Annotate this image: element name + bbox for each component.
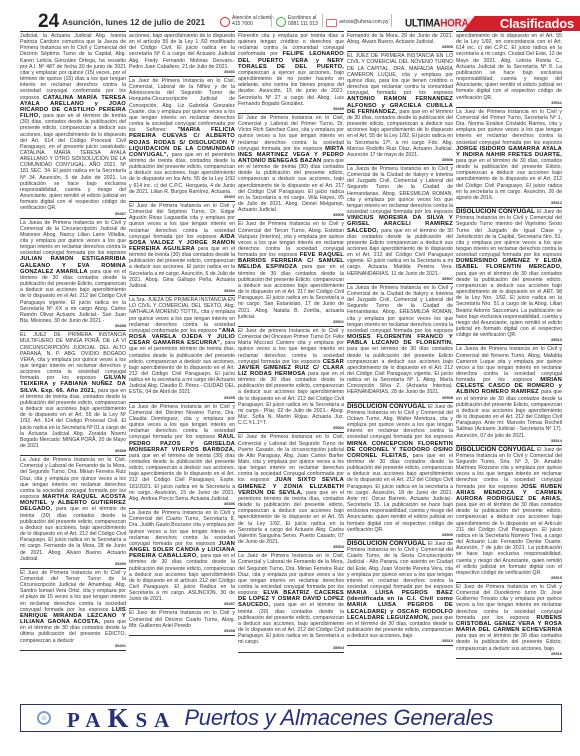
paksa-advertisement[interactable]: PAKSA Puertos y Almacenes Generales	[20, 704, 562, 732]
notice-code: 35503	[238, 545, 344, 549]
legal-notice: acciones, bajo apercibimiento de lo disp…	[129, 32, 235, 77]
paksa-tagline: Puertos y Almacenes Generales	[184, 705, 493, 731]
notice-code: 35492	[129, 70, 235, 74]
contact-value: 0981 111 013	[288, 21, 318, 27]
column-5: apercibimiento de lo dispuesto en el Art…	[456, 31, 562, 699]
notice-code: 35516	[456, 652, 562, 656]
notice-title: DISOLUCION CONYUGAL	[456, 208, 537, 215]
divider	[391, 14, 392, 27]
notice-text: La Jueza de Primera Instancia en lo Civi…	[20, 220, 126, 257]
notice-text: La Juez de Primera Instancia en lo Civil…	[456, 109, 562, 146]
notice-text: para que en el término de treinta (30) d…	[129, 246, 235, 289]
legal-notice: DISOLUCION CONYUGAL El Juez de Primera I…	[347, 540, 453, 647]
divider	[322, 14, 323, 27]
notice-text: para que en el perentorio término de tre…	[129, 340, 235, 395]
notice-text: para que en el término de 30 días contad…	[456, 389, 562, 438]
legal-notice: DISOLUCION CONYUGAL El Juez de Primera I…	[456, 208, 562, 345]
notice-code: 35499	[238, 107, 344, 111]
legal-notice: Florentín cita y emplaza por treinta día…	[238, 32, 344, 114]
legal-notice: La Jueza de Primera Instancia en lo Civi…	[129, 509, 235, 609]
notice-text: La Juez de Primera Instancia en lo Civil…	[129, 78, 235, 133]
notice-code: 35505	[347, 45, 453, 49]
notice-text: para que en el perentorio término de tre…	[238, 490, 344, 545]
legal-notice: El Juez de Primera Instancia en lo Civil…	[129, 609, 235, 635]
notice-text: para que en el término de treinta (30) d…	[20, 506, 126, 561]
legal-notice: La Juez de Primera Instancia en lo Civil…	[20, 456, 126, 569]
notice-text: para que en el término de 30 días contad…	[456, 502, 562, 576]
notice-text: para que en el término de 30 días contad…	[238, 371, 344, 426]
notice-text: Fernando de la Mora, 29 de Junio de 2021…	[347, 33, 453, 45]
notice-text: para que en el término de 30 días contad…	[129, 553, 235, 602]
section-title: Clasificados	[463, 16, 580, 31]
notice-code: 35497	[129, 602, 235, 606]
notice-text: El Juez de Primera Instancia en lo Civil…	[347, 541, 453, 590]
notice-text: para que en el término de 30 días contad…	[456, 633, 562, 651]
notice-text: para que en el término de treinta (30) d…	[238, 158, 344, 213]
notice-code: 35511	[456, 101, 562, 105]
notice-text: comparezcan a ejercer sus acciones, bajo…	[238, 70, 344, 107]
legal-notice: EL JUEZ DE PRIMERA INSTANCIA EN LO CIVIL…	[347, 52, 453, 165]
notice-text: para que en el término de treinta (30) d…	[238, 602, 344, 645]
contact-phone[interactable]: Atención al cliente:415 7000	[220, 16, 274, 27]
column-1: Judicial, la Actuaria Judicial Abg. Ivan…	[20, 31, 126, 699]
column-2: acciones, bajo apercibimiento de lo disp…	[129, 31, 235, 699]
legal-notice: DISOLUCION CONYUGAL El Juez de Primera I…	[347, 403, 453, 540]
legal-notice: La Juez de Primera Instancia en lo Civil…	[129, 403, 235, 510]
notice-parties: MOISES FLORENTIN FRANCO Y PABLA LIZCANO …	[347, 334, 453, 346]
notice-code: 35487	[20, 212, 126, 216]
legal-notice: La Jueza de Primera Instancia en lo Civi…	[347, 284, 453, 403]
page-date: Asunción, lunes 12 de julio de 2021	[62, 17, 205, 27]
legal-notice: EL JUEZ DE PRIMERA INSTANCIA MULTIFUERO …	[20, 331, 126, 456]
page-number: 24	[38, 11, 59, 33]
legal-notice: La Jueza de Primera Instancia en lo Civi…	[347, 165, 453, 284]
notice-text: La Jueza de Primera Instancia en lo Civi…	[347, 166, 453, 215]
notice-parties: JORGE ISIDORO GAMARRA AYALA Y INDIRA NAH…	[456, 146, 562, 158]
legal-notice: El Juez de Primera Instancia en lo Civil…	[456, 583, 562, 659]
notice-text: para que en el término de treinta (30) d…	[20, 113, 126, 211]
ultimahora-logo: ULTIMAHORA	[405, 17, 468, 29]
notice-title: DISOLUCION CONYUGAL	[347, 540, 428, 547]
notice-code: 35488	[20, 324, 126, 328]
legal-notice: El Juez de Primera Instancia en lo Civil…	[238, 220, 344, 327]
contact-email[interactable]: avisos@uhora.com.py	[326, 19, 389, 27]
notice-code: 35512	[456, 201, 562, 205]
paksa-logo: PAKSA	[67, 703, 176, 734]
notice-code: 35515	[456, 576, 562, 580]
notice-text: para que en el término de treinta días, …	[20, 388, 126, 449]
notice-text: para que en el término de 30 días contad…	[456, 271, 562, 339]
classifieds-columns: Judicial, la Actuaria Judicial Abg. Ivan…	[20, 31, 562, 699]
legal-notice: El Juez de Primera Instancia en lo Civil…	[238, 433, 344, 552]
notice-text: para que en el término de 30 días contad…	[20, 269, 126, 324]
legal-notice: El Juez de Primera Instancia en lo Civil…	[20, 569, 126, 651]
notice-code: 35504	[238, 646, 344, 650]
notice-text: EL JUEZ DE PRIMERA INSTANCIA EN LO CIVIL…	[347, 53, 453, 96]
notice-text: El Juez de Primera Instancia en lo Civil…	[456, 209, 562, 258]
notice-code: 35513	[456, 338, 562, 342]
notice-code: 35502	[238, 426, 344, 430]
page-header: 24 Asunción, lunes 12 de julio de 2021 A…	[0, 0, 580, 30]
whatsapp-icon	[276, 17, 286, 27]
notice-text: La Jueza de Primera Instancia en lo Civi…	[347, 285, 453, 334]
notice-text: acciones, bajo apercibimiento de lo disp…	[129, 33, 235, 70]
legal-notice: El Juez de primera Instancia en lo Civil…	[238, 327, 344, 434]
notice-code: 35498	[129, 629, 235, 633]
column-4: Fernando de la Mora, 29 de Junio de 2021…	[347, 31, 453, 699]
notice-text: para que en el perentorio término de tre…	[129, 152, 235, 195]
notice-code: 35490	[20, 562, 126, 566]
notice-code: 35495	[129, 396, 235, 400]
notice-text: apercibimiento de lo dispuesto en el Art…	[456, 33, 562, 101]
notice-code: 35507	[347, 277, 453, 281]
contact-whatsapp[interactable]: Escribinos al0981 111 013	[276, 16, 318, 27]
notice-text: El Juez de Primera Instancia en lo Civil…	[347, 404, 453, 441]
notice-text: para que en el término de 30 días contad…	[347, 228, 453, 277]
notice-code: 35494	[129, 289, 235, 293]
legal-notice: La Sra. JUEZA DE PRIMERA INSTANCIA EN LO…	[129, 296, 235, 403]
legal-notice: La Jueza de Primera Instancia en lo Civi…	[456, 345, 562, 445]
legal-notice: La Juez de Primera Instancia en lo Civil…	[456, 108, 562, 208]
notice-code: 35489	[20, 449, 126, 453]
legal-notice: El Juez de Primera Instancia en lo Civil…	[238, 114, 344, 221]
legal-notice: La Juez de Primera Instancia en lo Civil…	[129, 77, 235, 202]
notice-code: 35496	[129, 502, 235, 506]
notice-text: Judicial, la Actuaria Judicial Abg. Ivan…	[20, 33, 126, 101]
notice-title: DISOLUCION CONYUGAL	[456, 446, 537, 453]
notice-code: 35491	[20, 644, 126, 648]
notice-code: 35514	[456, 439, 562, 443]
notice-text: EL JUEZ DE PRIMERA INSTANCIA MULTIFUERO …	[20, 332, 126, 381]
notice-text: El Juez de Primera Instancia en lo Civil…	[238, 434, 344, 483]
notice-text: El Juez de Primera Instancia en lo Civil…	[20, 570, 126, 613]
notice-text: para que en el término de 30 días contad…	[347, 453, 453, 533]
notice-code: 35501	[238, 320, 344, 324]
notice-parties: DUMERSINDO GIMENEZ Y ELIDA ISABEL FLOREN…	[456, 258, 562, 270]
notice-text: para que en término de 30 días contados …	[347, 346, 453, 395]
notice-code: 35509	[347, 533, 453, 537]
notice-title: DISOLUCION CONYUGAL	[347, 403, 428, 410]
divider	[271, 14, 272, 27]
legal-notice: La Jueza de Primera Instancia en lo Civi…	[20, 219, 126, 332]
contact-value: 415 7000	[232, 21, 253, 27]
legal-notice: El Juez de Primera Instancia en lo Civil…	[129, 202, 235, 296]
notice-text: para que en el término de 30 días contad…	[238, 264, 344, 319]
notice-text: para que en el término de 30 días, conta…	[456, 158, 562, 201]
notice-code: 35493	[129, 195, 235, 199]
contact-value: avisos@uhora.com.py	[339, 20, 389, 26]
paksa-seal-icon	[37, 711, 51, 725]
notice-code: 35508	[347, 396, 453, 400]
legal-notice: La Juez de Primera Instancia en lo Civil…	[238, 552, 344, 652]
notice-text: para que en el término de 30 días, conta…	[347, 109, 453, 158]
notice-code: 35510	[347, 639, 453, 643]
legal-notice: Judicial, la Actuaria Judicial Abg. Ivan…	[20, 32, 126, 219]
notice-code: 35506	[347, 158, 453, 162]
phone-icon	[220, 17, 230, 27]
notice-text: para que en el término de treinta (30) d…	[129, 453, 235, 502]
legal-notice: apercibimiento de lo dispuesto en el Art…	[456, 32, 562, 108]
legal-notice: Fernando de la Mora, 29 de Junio de 2021…	[347, 32, 453, 52]
notice-code: 35500	[238, 213, 344, 217]
mail-icon	[326, 19, 337, 27]
notice-text: El Juez de Primera Instancia en lo Civil…	[129, 610, 235, 628]
legal-notice: DISOLUCION CONYUGAL El Juez de Primera I…	[456, 446, 562, 583]
column-3: Florentín cita y emplaza por treinta día…	[238, 31, 344, 699]
